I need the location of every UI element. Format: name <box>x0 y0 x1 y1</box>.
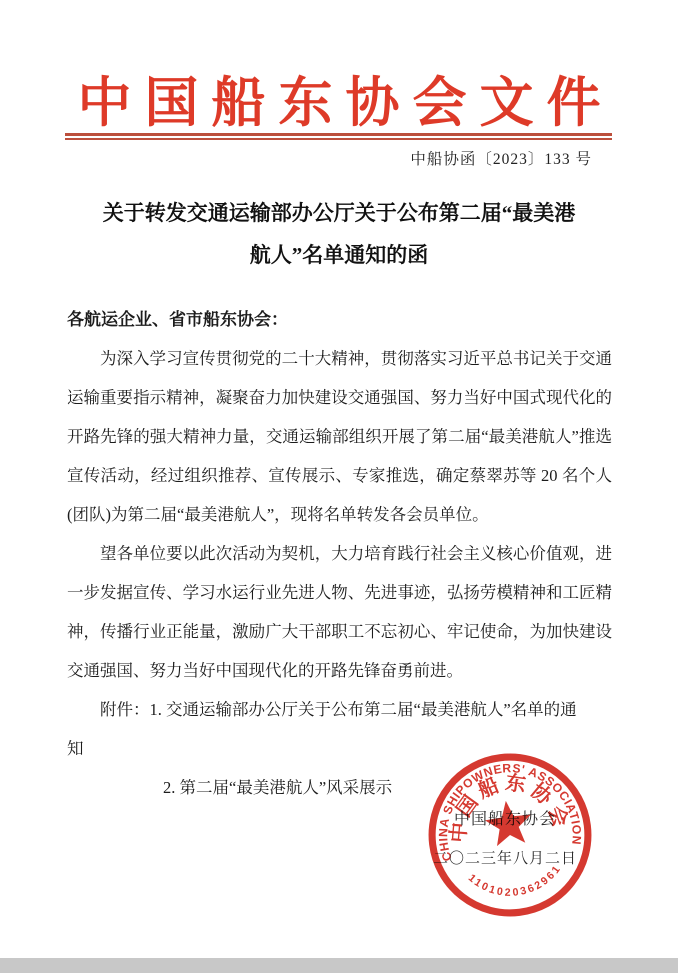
document-title-line1: 关于转发交通运输部办公厅关于公布第二届“最美港 <box>40 192 638 234</box>
scan-footer-band <box>0 958 678 973</box>
document-title: 关于转发交通运输部办公厅关于公布第二届“最美港 航人”名单通知的函 <box>40 192 638 276</box>
document-page: 中国船东协会文件 中船协函〔2023〕133 号 关于转发交通运输部办公厅关于公… <box>0 0 678 973</box>
document-body: 各航运企业、省市船东协会： 为深入学习宣传贯彻党的二十大精神，贯彻落实习近平总书… <box>67 300 612 807</box>
document-title-line2: 航人”名单通知的函 <box>40 234 638 276</box>
salutation: 各航运企业、省市船东协会： <box>67 300 612 339</box>
document-number: 中船协函〔2023〕133 号 <box>410 147 592 169</box>
attachment-item-1: 1. 交通运输部办公厅关于公布第二届“最美港航人”名单的通 <box>150 700 577 719</box>
official-seal: CHINA SHIPOWNERS' ASSOCIATION 1101020362… <box>424 749 596 921</box>
official-seal-icon: CHINA SHIPOWNERS' ASSOCIATION 1101020362… <box>424 749 596 921</box>
letterhead-rule <box>65 133 612 140</box>
letterhead-title: 中国船东协会文件 <box>0 60 678 137</box>
attachments-line-1: 附件：1. 交通运输部办公厅关于公布第二届“最美港航人”名单的通 <box>67 690 612 729</box>
attachments-label: 附件： <box>100 700 150 719</box>
body-paragraph-2: 望各单位要以此次活动为契机，大力培育践行社会主义核心价值观，进一步发据宣传、学习… <box>67 534 612 690</box>
seal-star-icon <box>483 798 534 847</box>
body-paragraph-1: 为深入学习宣传贯彻党的二十大精神，贯彻落实习近平总书记关于交通运输重要指示精神，… <box>67 339 612 534</box>
